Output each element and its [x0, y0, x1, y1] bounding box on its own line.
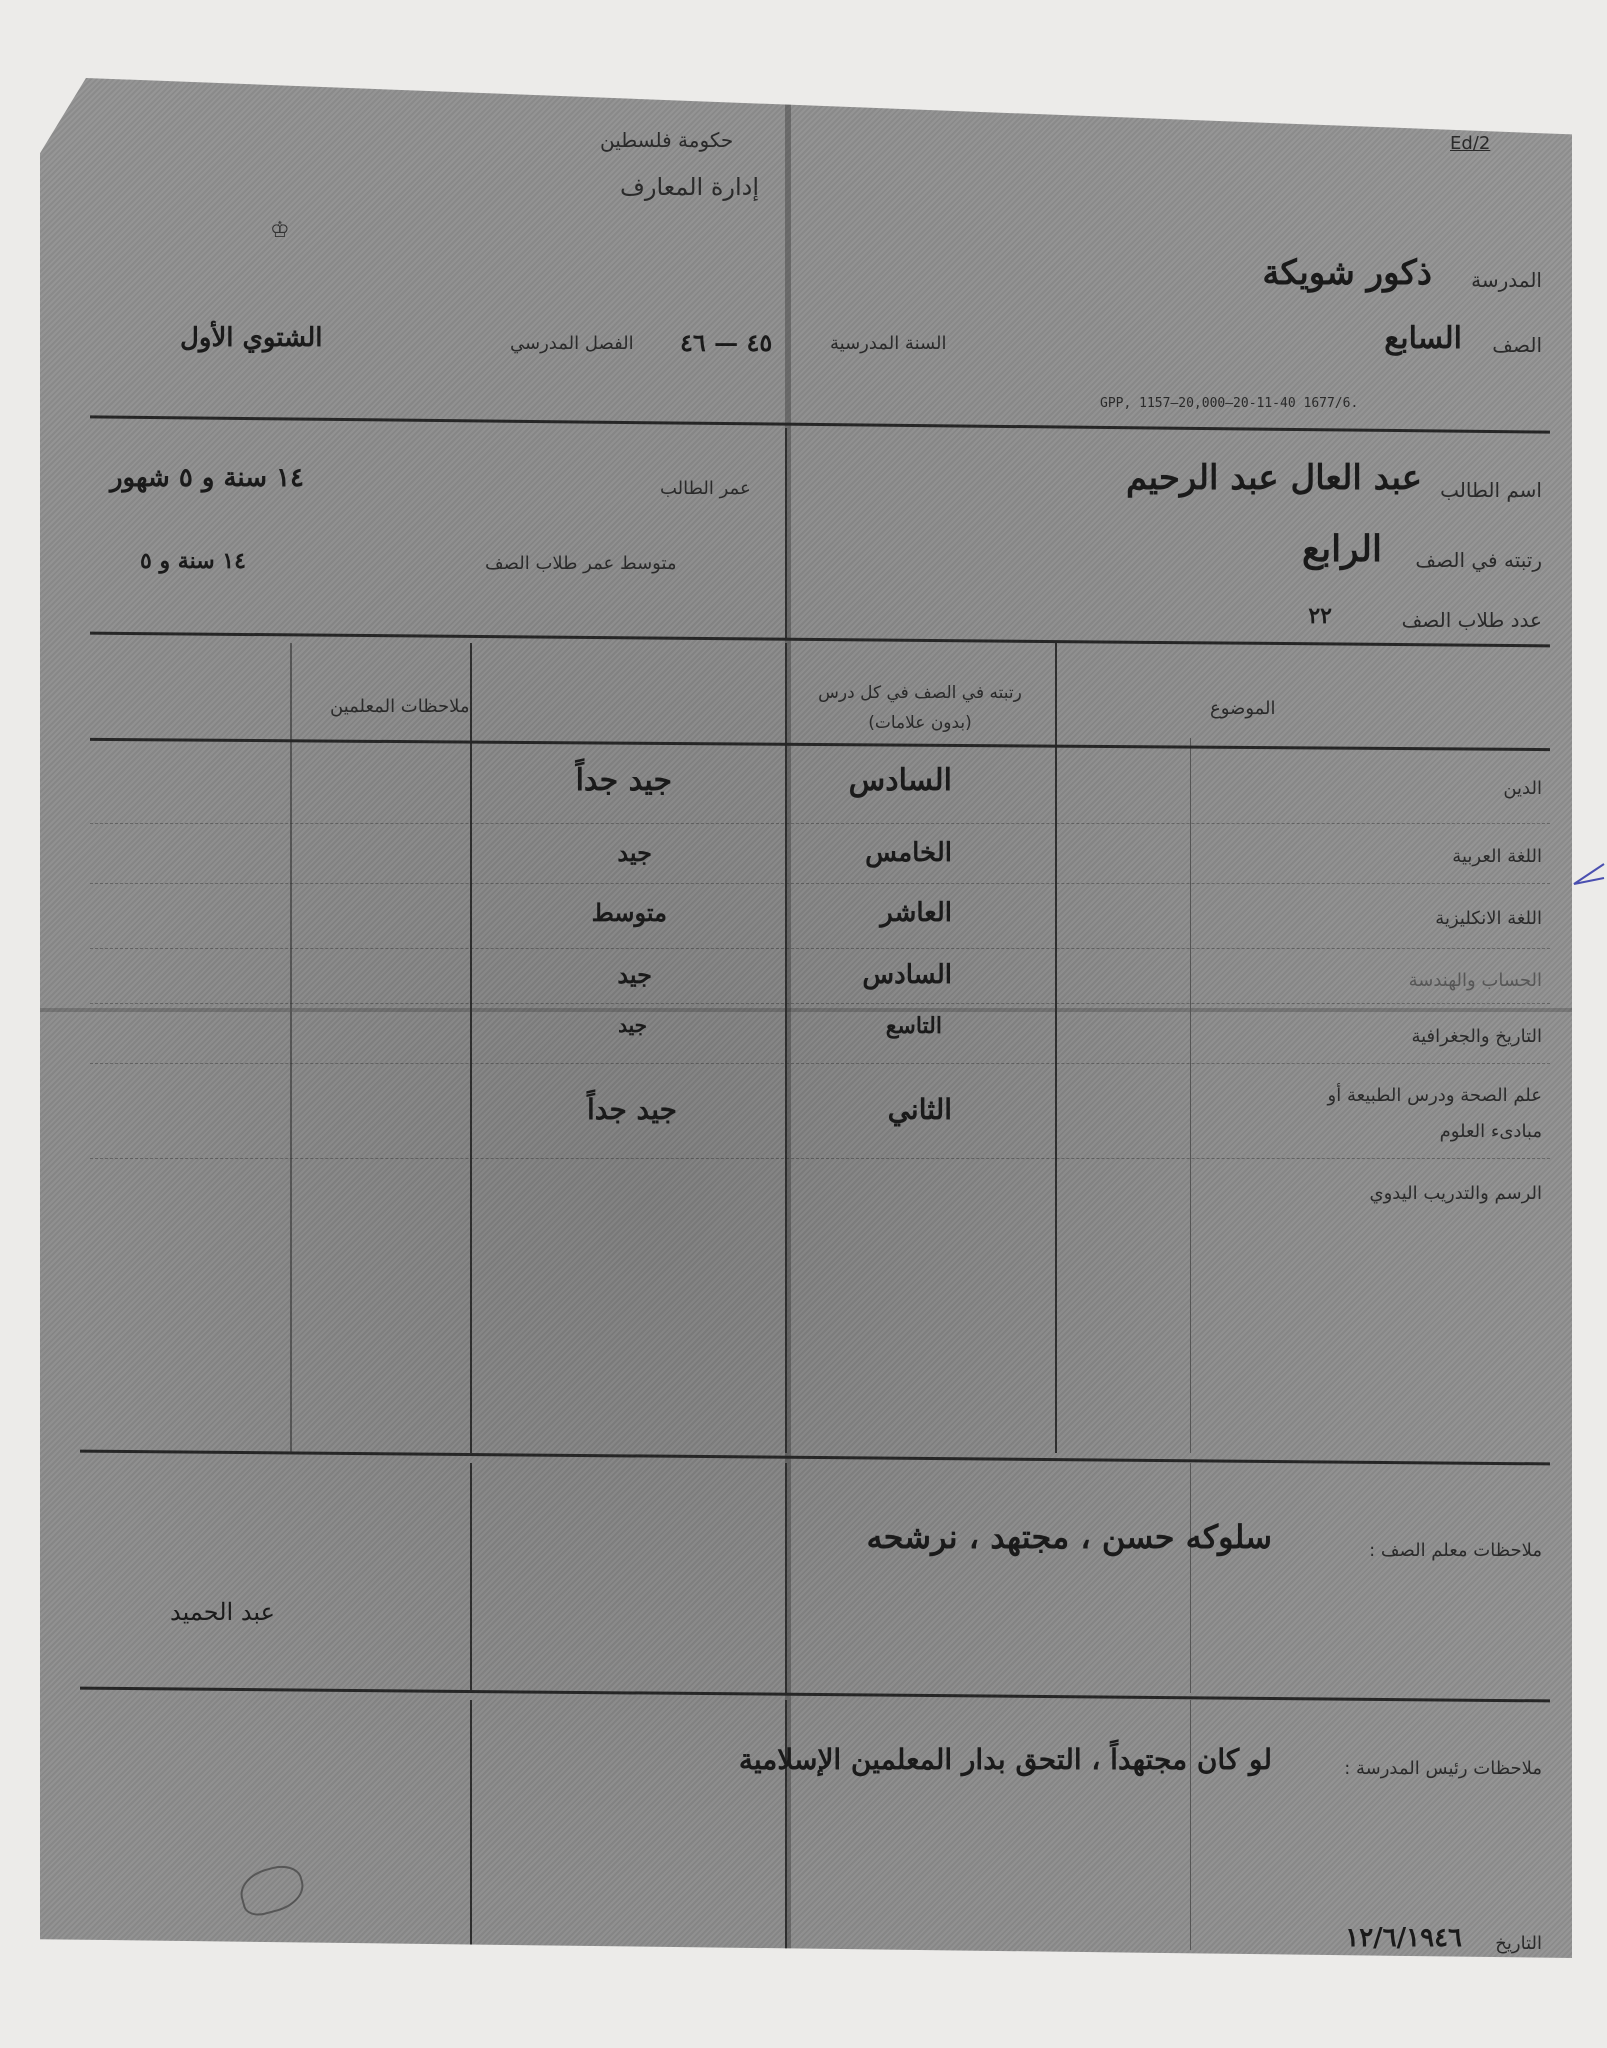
- class-count-value: ٢٢: [1308, 603, 1332, 629]
- headmaster-title: رئيس المدرسة: [180, 1943, 292, 1964]
- table-column-divider: [1190, 738, 1191, 1453]
- school-label: المدرسة: [1471, 268, 1542, 292]
- pen-mark-icon: [1570, 860, 1606, 890]
- section-column-divider: [470, 1700, 472, 1950]
- table-column-divider: [470, 643, 472, 1453]
- remark-cell: جيد: [617, 838, 652, 867]
- year-label: السنة المدرسية: [830, 333, 947, 354]
- report-card-sheet: حكومة فلسطين إدارة المعارف Ed/2 ♔ المدرس…: [40, 78, 1572, 1958]
- date-label: التاريخ: [1495, 1933, 1542, 1954]
- rank-cell: الثاني: [888, 1093, 952, 1126]
- table-column-divider: [290, 643, 292, 1453]
- form-code: Ed/2: [1450, 133, 1490, 154]
- rank-cell: السادس: [862, 960, 952, 990]
- rank-label: رتبته في الصف: [1415, 548, 1542, 572]
- rank-cell: العاشر: [880, 898, 952, 928]
- class-value: السابع: [1384, 321, 1462, 356]
- divider-line: [90, 738, 1550, 751]
- rank-cell: التاسع: [886, 1013, 942, 1039]
- row-separator: [90, 1003, 1550, 1004]
- remark-cell: جيد جداً: [587, 1093, 677, 1126]
- class-label: الصف: [1492, 333, 1542, 357]
- term-value: الشتوي الأول: [180, 323, 323, 353]
- row-separator: [90, 1158, 1550, 1159]
- rank-value: الرابع: [1302, 528, 1382, 570]
- remark-cell: جيد جداً: [576, 763, 672, 798]
- headmaster-remark: لو كان مجتهداً ، التحق بدار المعلمين الإ…: [739, 1743, 1272, 1776]
- student-age-label: عمر الطالب: [660, 478, 751, 499]
- section-column-divider: [785, 1463, 787, 1693]
- remarks-header: ملاحظات المعلمين: [330, 696, 470, 717]
- student-name-value: عبد العال عبد الرحيم: [1126, 458, 1422, 498]
- date-value: ١٢/٦/١٩٤٦: [1345, 1923, 1462, 1953]
- ministry-title: حكومة فلسطين: [600, 128, 733, 152]
- table-column-divider: [785, 643, 787, 1453]
- fold-crease-horizontal: [40, 1008, 1572, 1012]
- row-separator: [90, 1063, 1550, 1064]
- class-teacher-label: ملاحظات معلم الصف :: [1369, 1540, 1542, 1561]
- row-separator: [90, 883, 1550, 884]
- divider-line: [90, 632, 1550, 648]
- student-age-value: ١٤ سنة و ٥ شهور: [110, 463, 304, 493]
- class-count-label: عدد طلاب الصف: [1402, 608, 1542, 632]
- section-column-divider: [470, 1463, 472, 1693]
- section-column-divider: [1190, 1700, 1191, 1950]
- print-code: GPP, 1157—20,000—20-11-40 1677/6.: [1100, 396, 1358, 411]
- student-name-label: اسم الطالب: [1440, 478, 1542, 502]
- row-separator: [90, 948, 1550, 949]
- rank-cell: السادس: [849, 763, 952, 798]
- info-column-divider: [785, 428, 787, 638]
- divider-line: [80, 1450, 1550, 1466]
- crown-emblem-icon: ♔: [270, 218, 290, 243]
- subject-cell: التاريخ والجغرافية: [1411, 1026, 1542, 1047]
- subject-cell: علم الصحة ودرس الطبيعة أو مبادىء العلوم: [1322, 1078, 1542, 1150]
- subject-cell: اللغة العربية: [1452, 846, 1542, 867]
- avg-age-value: ١٤ سنة و ٥: [140, 548, 246, 574]
- divider-line: [90, 415, 1550, 433]
- subject-cell: الحساب والهندسة: [1409, 970, 1542, 991]
- remark-cell: جيد: [617, 960, 652, 989]
- table-column-divider: [1055, 643, 1057, 1453]
- subject-cell: الرسم والتدريب اليدوي: [1369, 1183, 1542, 1204]
- subject-header: الموضوع: [1210, 698, 1276, 719]
- divider-line: [80, 1687, 1550, 1703]
- row-separator: [90, 823, 1550, 824]
- section-column-divider: [1190, 1463, 1191, 1693]
- subject-cell: اللغة الانكليزية: [1435, 908, 1542, 929]
- remark-cell: متوسط: [592, 898, 667, 927]
- class-teacher-remark: سلوكه حسن ، مجتهد ، نرشحه: [866, 1518, 1272, 1556]
- rank-header: رتبته في الصف في كل درس (بدون علامات): [800, 678, 1040, 738]
- class-teacher-signature: عبد الحميد: [170, 1598, 275, 1626]
- rank-cell: الخامس: [865, 838, 952, 868]
- year-value: ٤٥ — ٤٦: [680, 328, 772, 357]
- subject-cell: الدين: [1503, 778, 1542, 799]
- school-value: ذكور شويكة: [1262, 253, 1432, 293]
- avg-age-label: متوسط عمر طلاب الصف: [485, 553, 677, 574]
- section-column-divider: [785, 1700, 787, 1950]
- remark-cell: جيد: [618, 1013, 647, 1037]
- department-title: إدارة المعارف: [620, 173, 759, 201]
- term-label: الفصل المدرسي: [510, 333, 634, 354]
- headmaster-signature-icon: [235, 1860, 308, 1919]
- headmaster-label: ملاحظات رئيس المدرسة :: [1344, 1758, 1542, 1779]
